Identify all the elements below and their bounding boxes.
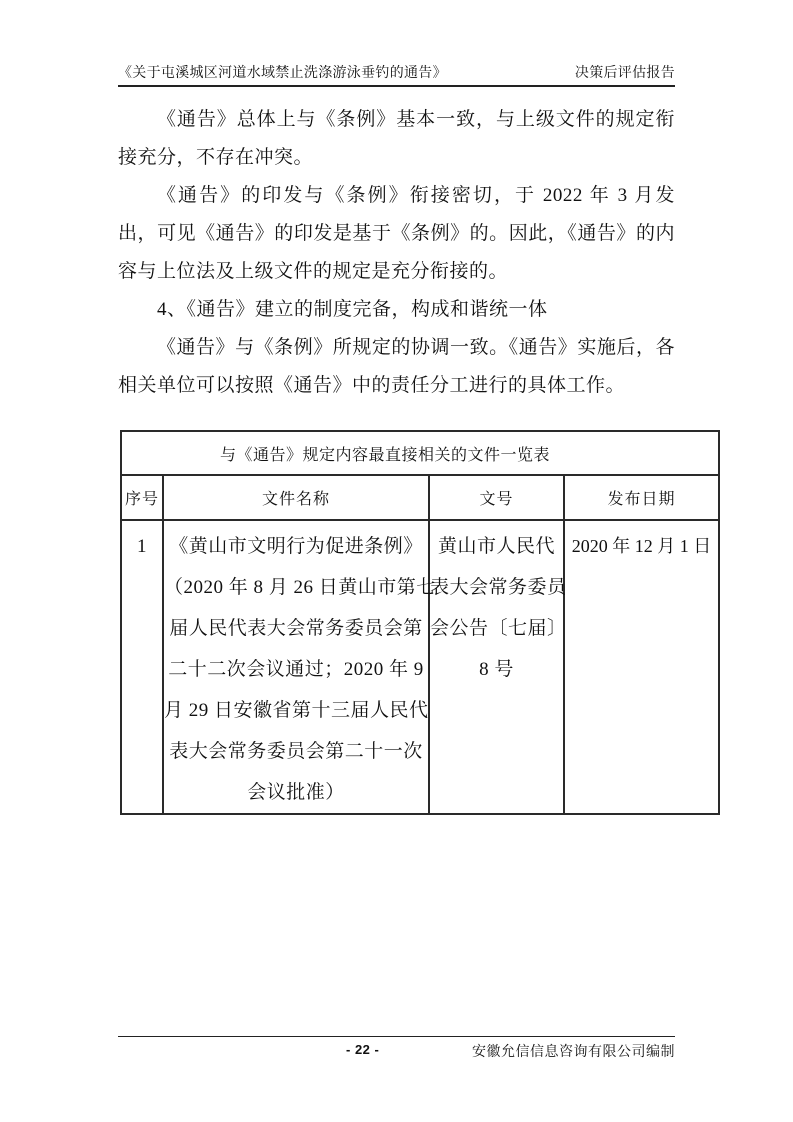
file-name-line: 表大会常务委员会第二十一次 <box>164 731 428 772</box>
doc-number-line: 会公告〔七届〕 <box>430 608 563 649</box>
paragraph-coordination: 《通告》与《条例》所规定的协调一致。《通告》实施后，各相关单位可以按照《通告》中… <box>118 329 675 405</box>
doc-number-line: 表大会常务委员 <box>430 567 563 608</box>
file-name-line: 《黄山市文明行为促进条例》 <box>164 526 428 567</box>
serial-number-value: 1 <box>122 526 162 567</box>
related-files-table: 与《通告》规定内容最直接相关的文件一览表 序号 文件名称 文号 发布日期 1 《… <box>120 430 720 815</box>
table-title: 与《通告》规定内容最直接相关的文件一览表 <box>121 431 719 475</box>
file-name-line: （2020 年 8 月 26 日黄山市第七 <box>164 567 428 608</box>
table-title-row: 与《通告》规定内容最直接相关的文件一览表 <box>121 431 719 475</box>
paragraph-conclusion-consistency: 《通告》总体上与《条例》基本一致，与上级文件的规定衔接充分，不存在冲突。 <box>118 101 675 177</box>
cell-doc-number: 黄山市人民代 表大会常务委员 会公告〔七届〕 8 号 <box>429 520 564 814</box>
cell-publish-date: 2020 年 12 月 1 日 <box>564 520 719 814</box>
doc-number-line: 8 号 <box>430 649 563 690</box>
document-page: 《关于屯溪城区河道水域禁止洗涤游泳垂钓的通告》 决策后评估报告 《通告》总体上与… <box>0 0 793 1122</box>
file-name-line: 届人民代表大会常务委员会第 <box>164 608 428 649</box>
table-row: 1 《黄山市文明行为促进条例》 （2020 年 8 月 26 日黄山市第七 届人… <box>121 520 719 814</box>
column-header-serial-number: 序号 <box>121 475 163 520</box>
paragraph-issuance-link: 《通告》的印发与《条例》衔接密切，于 2022 年 3 月发出，可见《通告》的印… <box>118 177 675 291</box>
publish-date-value: 2020 年 12 月 1 日 <box>565 526 718 567</box>
column-header-doc-number: 文号 <box>429 475 564 520</box>
header-right-title: 决策后评估报告 <box>575 62 675 82</box>
cell-file-name: 《黄山市文明行为促进条例》 （2020 年 8 月 26 日黄山市第七 届人民代… <box>163 520 429 814</box>
file-name-line: 会议批准） <box>164 772 428 813</box>
table-header-row: 序号 文件名称 文号 发布日期 <box>121 475 719 520</box>
doc-number-line: 黄山市人民代 <box>430 526 563 567</box>
cell-serial-number: 1 <box>121 520 163 814</box>
column-header-file-name: 文件名称 <box>163 475 429 520</box>
file-name-line: 月 29 日安徽省第十三届人民代 <box>164 690 428 731</box>
document-body: 《通告》总体上与《条例》基本一致，与上级文件的规定衔接充分，不存在冲突。 《通告… <box>118 101 675 405</box>
footer-company: 安徽允信信息咨询有限公司编制 <box>472 1041 675 1061</box>
file-name-line: 二十二次会议通过；2020 年 9 <box>164 649 428 690</box>
paragraph-section-heading: 4、《通告》建立的制度完备，构成和谐统一体 <box>118 291 675 329</box>
header-left-title: 《关于屯溪城区河道水域禁止洗涤游泳垂钓的通告》 <box>118 62 447 82</box>
column-header-publish-date: 发布日期 <box>564 475 719 520</box>
document-header: 《关于屯溪城区河道水域禁止洗涤游泳垂钓的通告》 决策后评估报告 <box>118 54 675 87</box>
page-number: - 22 - <box>346 1042 379 1057</box>
document-footer: - 22 - 安徽允信信息咨询有限公司编制 <box>118 1036 675 1062</box>
